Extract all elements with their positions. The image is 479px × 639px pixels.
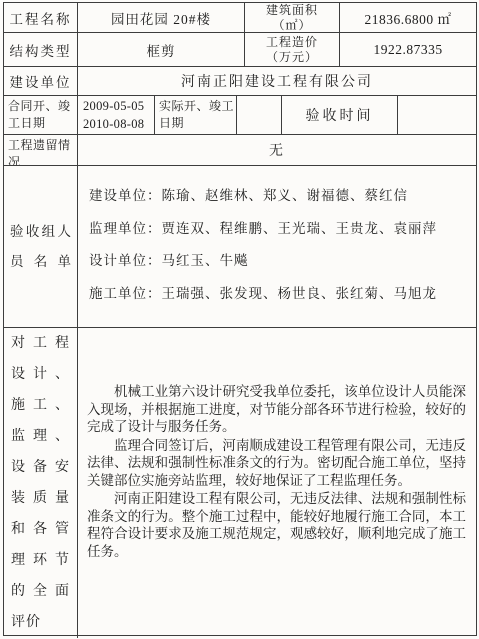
structure-type-label: 结构类型 — [4, 33, 78, 66]
row-construction-unit: 建设单位 河南正阳建设工程有限公司 — [4, 67, 476, 96]
building-area-header-line1: 建筑面积 — [266, 3, 318, 18]
project-cost-header-line1: 工程造价 — [266, 35, 318, 50]
contract-dates-value: 2009-05-05 2010-08-08 — [78, 96, 155, 134]
project-cost-header-line2: （万元） — [266, 50, 318, 65]
acceptance-time-label: 验收时间 — [282, 96, 398, 134]
construction-unit-value: 河南正阳建设工程有限公司 — [78, 67, 476, 95]
overall-evaluation-label-text: 对工程设计、施工、监理、设备安装质量和各管理环节的全面评价 — [11, 328, 70, 638]
contract-end-date: 2010-08-08 — [83, 115, 144, 133]
building-area-header-line2: （㎡） — [272, 18, 311, 33]
overall-evaluation-label: 对工程设计、施工、监理、设备安装质量和各管理环节的全面评价 — [4, 328, 78, 638]
actual-dates-value-empty — [237, 96, 282, 134]
evaluation-paragraph-supervision: 监理合同签订后，河南顺成建设工程管理有限公司，无违反法律、法规和强制性标准条文的… — [87, 437, 466, 490]
row-structure-type: 结构类型 框剪 工程造价 （万元） 1922.87335 — [4, 33, 476, 67]
row-evaluation: 对工程设计、施工、监理、设备安装质量和各管理环节的全面评价 机械工业第六设计研究… — [4, 328, 476, 638]
remaining-issues-value: 无 — [78, 135, 476, 165]
remaining-issues-label: 工程遗留情况 — [4, 135, 78, 165]
team-line-construction: 建设单位：陈瑜、赵维林、郑义、谢福德、蔡红信 — [89, 180, 408, 213]
building-area-header: 建筑面积 （㎡） — [245, 3, 340, 32]
team-line-design: 设计单位：马红玉、牛飚 — [89, 245, 249, 278]
overall-evaluation-text: 机械工业第六设计研究受我单位委托，该单位设计人员能深入现场，并根据施工进度，对节… — [78, 328, 476, 638]
acceptance-time-value-empty — [398, 96, 476, 134]
row-acceptance-team: 验收组人员名单 建设单位：陈瑜、赵维林、郑义、谢福德、蔡红信 监理单位：贾连双、… — [4, 166, 476, 328]
team-line-contractor: 施工单位：王瑞强、张发现、杨世良、张红菊、马旭龙 — [89, 278, 437, 311]
acceptance-team-label: 验收组人员名单 — [4, 166, 78, 327]
project-name-label: 工程名称 — [4, 3, 78, 32]
acceptance-team-list: 建设单位：陈瑜、赵维林、郑义、谢福德、蔡红信 监理单位：贾连双、程维鹏、王光瑞、… — [78, 166, 476, 327]
contract-dates-label: 合同开、竣工日期 — [4, 96, 78, 134]
row-remaining-issues: 工程遗留情况 无 — [4, 135, 476, 166]
building-area-value: 21836.6800 ㎡ — [340, 3, 476, 32]
evaluation-paragraph-contractor: 河南正阳建设工程有限公司，无违反法律、法规和强制性标准条文的行为。整个施工过程中… — [87, 490, 466, 560]
evaluation-paragraph-design: 机械工业第六设计研究受我单位委托，该单位设计人员能深入现场，并根据施工进度，对节… — [87, 383, 466, 436]
project-cost-value: 1922.87335 — [340, 33, 476, 66]
construction-unit-label: 建设单位 — [4, 67, 78, 95]
form-table: 工程名称 园田花园 20#楼 建筑面积 （㎡） 21836.6800 ㎡ 结构类… — [3, 2, 477, 636]
project-name-value: 园田花园 20#楼 — [78, 3, 245, 32]
team-line-supervision: 监理单位：贾连双、程维鹏、王光瑞、王贵龙、袁丽萍 — [89, 213, 437, 246]
acceptance-team-label-text: 验收组人员名单 — [10, 217, 71, 277]
scanned-acceptance-form: 工程名称 园田花园 20#楼 建筑面积 （㎡） 21836.6800 ㎡ 结构类… — [0, 0, 479, 639]
actual-dates-label: 实际开、竣工日期 — [155, 96, 237, 134]
project-cost-header: 工程造价 （万元） — [245, 33, 340, 66]
row-dates: 合同开、竣工日期 2009-05-05 2010-08-08 实际开、竣工日期 … — [4, 96, 476, 135]
structure-type-value: 框剪 — [78, 33, 245, 66]
contract-start-date: 2009-05-05 — [83, 97, 144, 115]
row-project-name: 工程名称 园田花园 20#楼 建筑面积 （㎡） 21836.6800 ㎡ — [4, 3, 476, 33]
